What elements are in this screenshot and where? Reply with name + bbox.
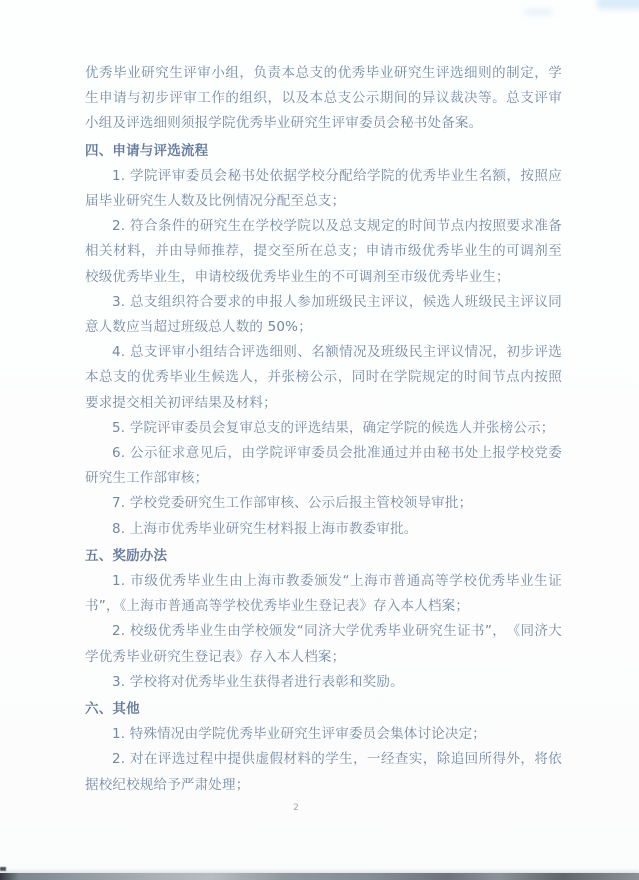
list-item: 1. 市级优秀毕业生由上海市教委颁发“上海市普通高等学校优秀毕业生证书”，《上海… bbox=[85, 569, 562, 619]
scan-edge-artifact bbox=[0, 873, 639, 880]
scan-mark-bottom-left bbox=[0, 867, 6, 871]
list-item: 2. 对在评选过程中提供虚假材料的学生，一经查实，除追回所得外，将依据校纪校规给… bbox=[85, 747, 562, 797]
section-heading: 六、其他 bbox=[85, 697, 562, 722]
list-item: 2. 符合条件的研究生在学校学院以及总支规定的时间节点内按照要求准备相关材料，并… bbox=[85, 214, 562, 290]
section-heading: 五、奖励办法 bbox=[85, 544, 562, 569]
list-item: 6. 公示征求意见后，由学院评审委员会批准通过并由秘书处上报学校党委研究生工作部… bbox=[85, 441, 562, 491]
list-item: 7. 学校党委研究生工作部审核、公示后报主管校领导审批； bbox=[85, 491, 562, 516]
scan-smudge-top-right bbox=[597, 0, 639, 9]
document-page: 优秀毕业研究生评审小组，负责本总支的优秀毕业研究生评选细则的制定，学生申请与初步… bbox=[0, 0, 639, 880]
scan-smudge-top-right-2 bbox=[525, 9, 553, 15]
list-item: 2. 校级优秀毕业生由学校颁发“同济大学优秀毕业研究生证书”， 《同济大学优秀毕… bbox=[85, 619, 562, 669]
document-body: 优秀毕业研究生评审小组，负责本总支的优秀毕业研究生评选细则的制定，学生申请与初步… bbox=[85, 61, 562, 798]
list-item: 3. 总支组织符合要求的申报人参加班级民主评议，候选人班级民主评议同意人数应当超… bbox=[85, 290, 562, 340]
section-heading: 四、申请与评选流程 bbox=[85, 139, 562, 164]
sections-container: 四、申请与评选流程1. 学院评审委员会秘书处依据学校分配给学院的优秀毕业生名额，… bbox=[85, 139, 562, 798]
list-item: 5. 学院评审委员会复审总支的评选结果，确定学院的候选人并张榜公示； bbox=[85, 416, 562, 441]
list-item: 4. 总支评审小组结合评选细则、名额情况及班级民主评议情况，初步评选本总支的优秀… bbox=[85, 340, 562, 416]
list-item: 8. 上海市优秀毕业研究生材料报上海市教委审批。 bbox=[85, 517, 562, 542]
list-item: 3. 学校将对优秀毕业生获得者进行表彰和奖励。 bbox=[85, 670, 562, 695]
list-item: 1. 学院评审委员会秘书处依据学校分配给学院的优秀毕业生名额，按照应届毕业研究生… bbox=[85, 164, 562, 214]
intro-paragraph: 优秀毕业研究生评审小组，负责本总支的优秀毕业研究生评选细则的制定，学生申请与初步… bbox=[85, 61, 562, 137]
page-number: 2 bbox=[0, 803, 592, 813]
list-item: 1. 特殊情况由学院优秀毕业研究生评审委员会集体讨论决定； bbox=[85, 722, 562, 747]
